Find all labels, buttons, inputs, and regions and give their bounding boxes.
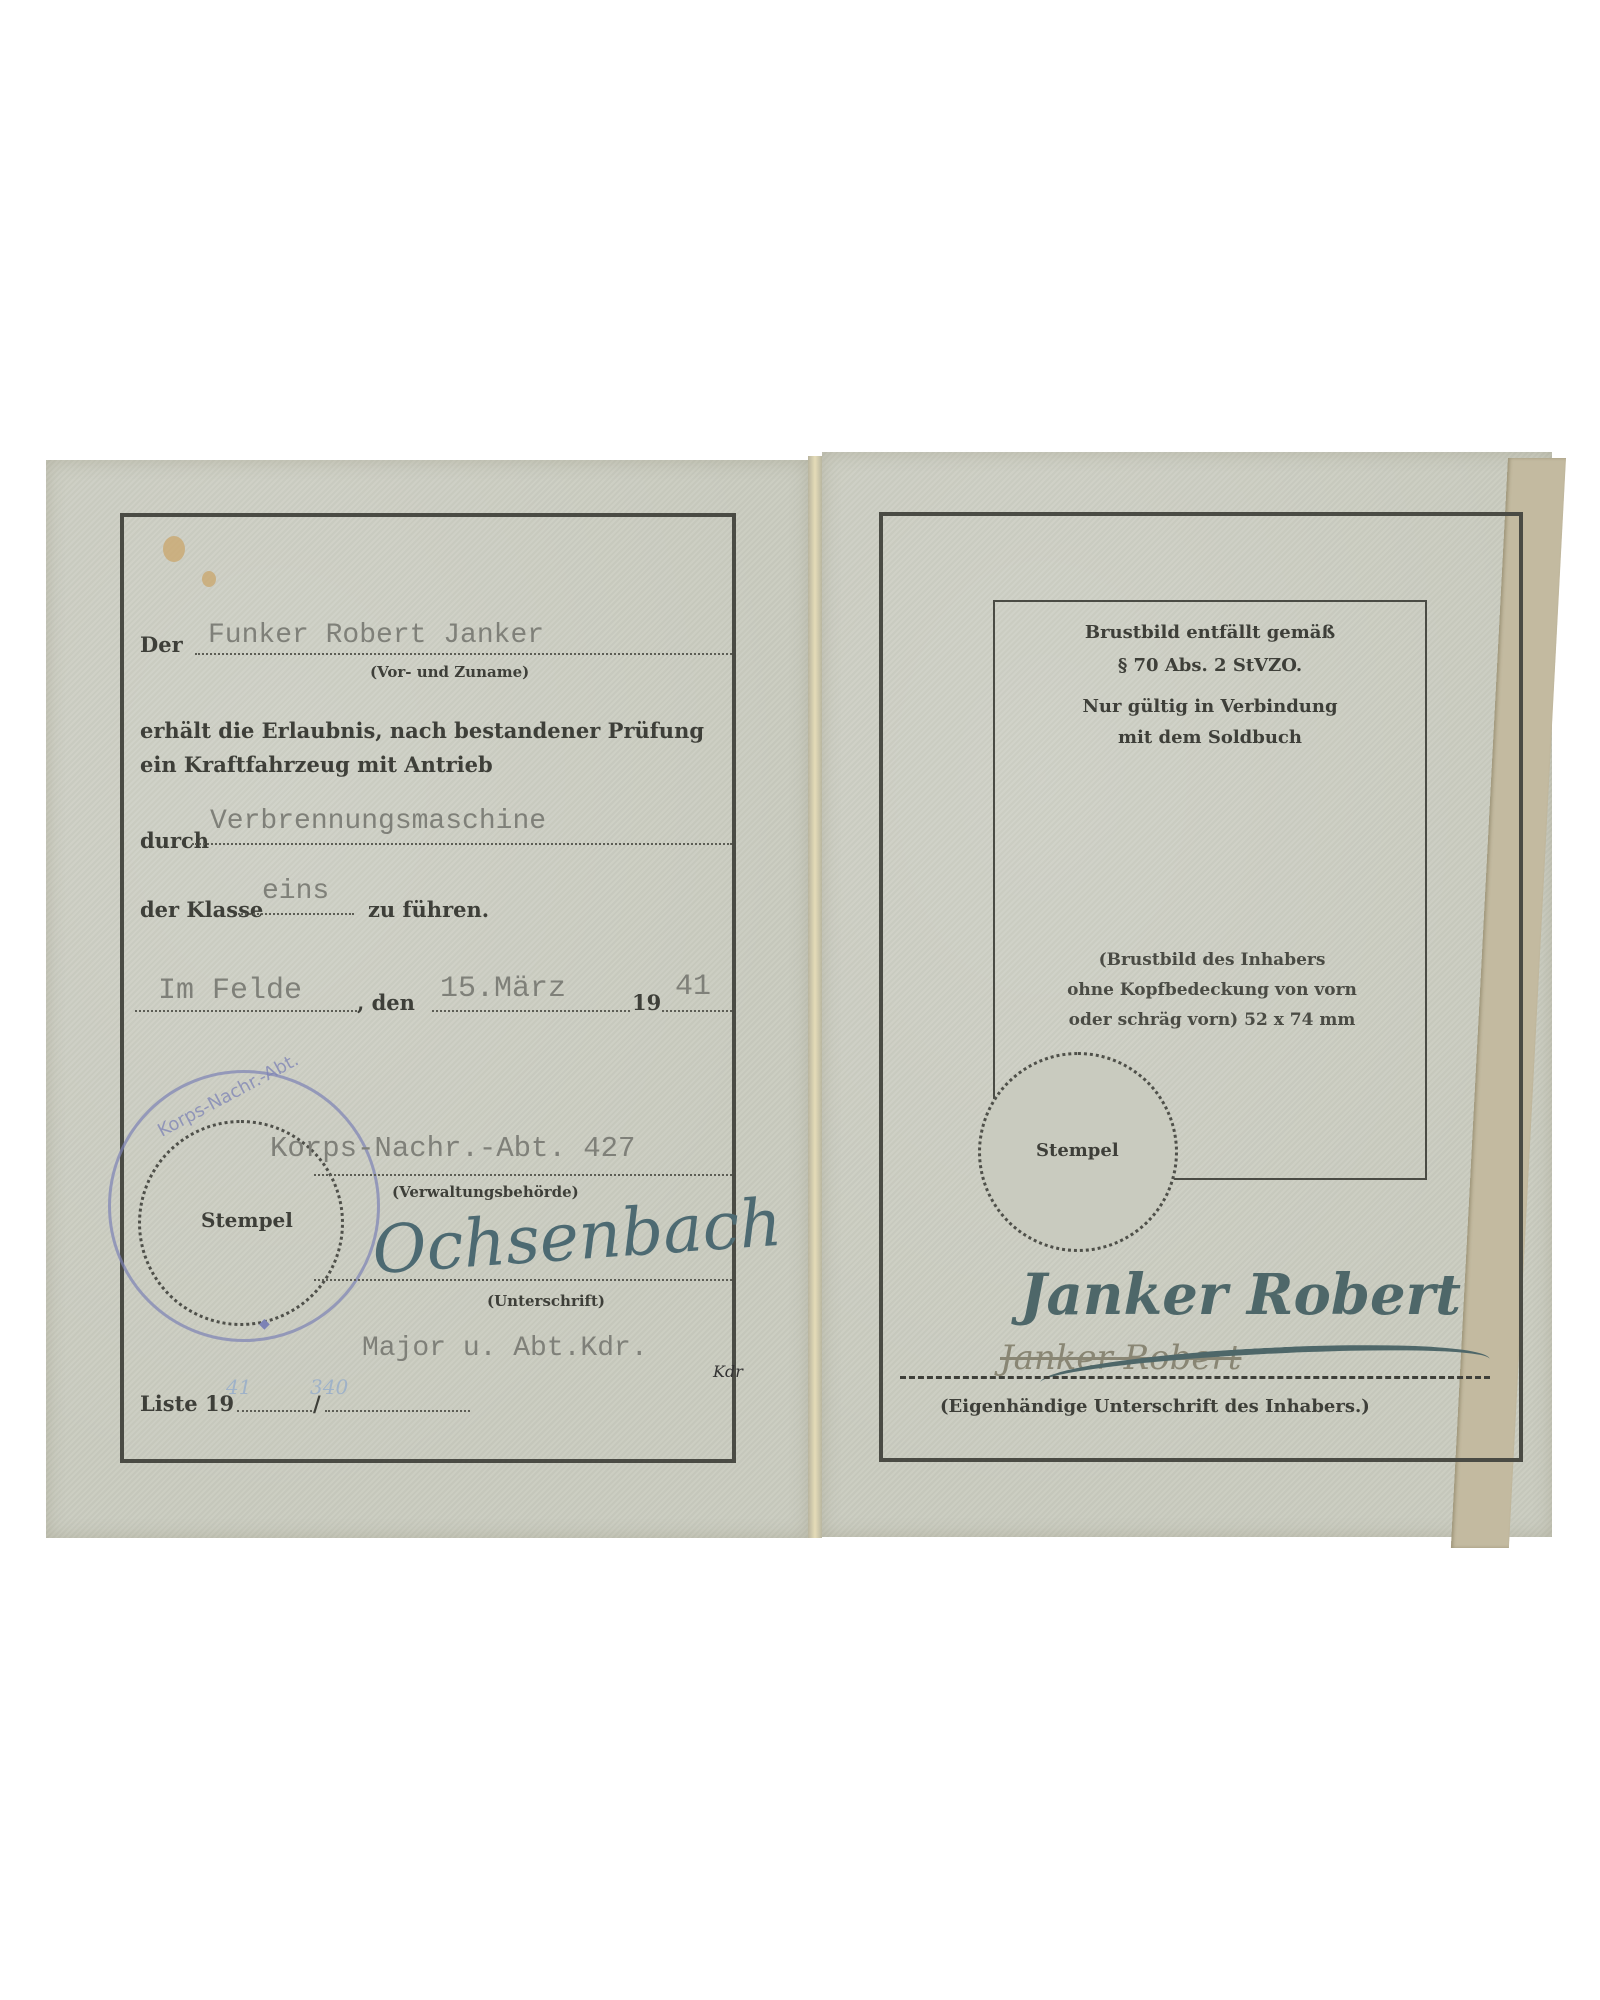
holder-signature-caption: (Eigenhändige Unterschrift des Inhabers.… (940, 1396, 1370, 1417)
class-line (238, 913, 354, 915)
authority-value: Korps-Nachr.-Abt. 427 (270, 1132, 635, 1165)
commander-initials: Kdr (713, 1362, 743, 1381)
photo-caption-1: (Brustbild des Inhabers (1099, 950, 1326, 970)
notice-line-2: § 70 Abs. 2 StVZO. (1118, 655, 1302, 676)
drive-prefix: durch (140, 828, 209, 853)
drive-line (192, 843, 732, 845)
commander-title: Major u. Abt.Kdr. (362, 1333, 648, 1364)
notice-line-3: Nur gültig in Verbindung (1082, 696, 1337, 717)
list-number-value: 340 (310, 1375, 348, 1399)
date-value: 15.März (440, 972, 566, 1006)
photo-caption-2: ohne Kopfbedeckung von vorn (1067, 980, 1357, 1000)
list-year-value: 41 (226, 1375, 251, 1399)
driver-license-document: Der Funker Robert Janker (Vor- und Zunam… (0, 0, 1600, 2000)
permission-line-2: ein Kraftfahrzeug mit Antrieb (140, 752, 493, 777)
class-prefix: der Klasse (140, 897, 263, 922)
authority-line (314, 1174, 732, 1176)
year-prefix: 19 (632, 990, 661, 1015)
holder-caption: (Vor- und Zuname) (370, 663, 529, 681)
list-year-line (237, 1410, 312, 1412)
place-value: Im Felde (158, 974, 302, 1008)
stamp-diamond-icon: ◆ (259, 1316, 270, 1332)
list-label: Liste 19 (140, 1391, 234, 1416)
stamp-label-right: Stempel (1036, 1140, 1119, 1161)
year-line (662, 1010, 732, 1012)
date-den-label: , den (357, 990, 415, 1015)
holder-prefix: Der (140, 632, 183, 657)
signature-caption: (Unterschrift) (487, 1292, 605, 1310)
signature-line (314, 1279, 732, 1281)
holder-line (195, 653, 732, 655)
holder-signature: Janker Robert (1020, 1262, 1461, 1328)
year-value: 41 (675, 970, 711, 1004)
holder-signature-line (900, 1376, 1490, 1379)
drive-value: Verbrennungsmaschine (210, 806, 546, 837)
page-fold (808, 456, 822, 1538)
holder-name: Funker Robert Janker (208, 620, 544, 651)
notice-line-1: Brustbild entfällt gemäß (1085, 622, 1335, 643)
authority-caption: (Verwaltungsbehörde) (392, 1183, 579, 1201)
stamp-label: Stempel (201, 1208, 293, 1232)
permission-line-1: erhält die Erlaubnis, nach bestandener P… (140, 718, 704, 743)
photo-caption-3: oder schräg vorn) 52 x 74 mm (1069, 1010, 1356, 1030)
notice-line-4: mit dem Soldbuch (1118, 727, 1302, 748)
class-suffix: zu führen. (368, 897, 489, 922)
list-number-line (325, 1410, 470, 1412)
place-line (135, 1010, 357, 1012)
date-line (432, 1010, 630, 1012)
class-value: eins (262, 876, 329, 907)
